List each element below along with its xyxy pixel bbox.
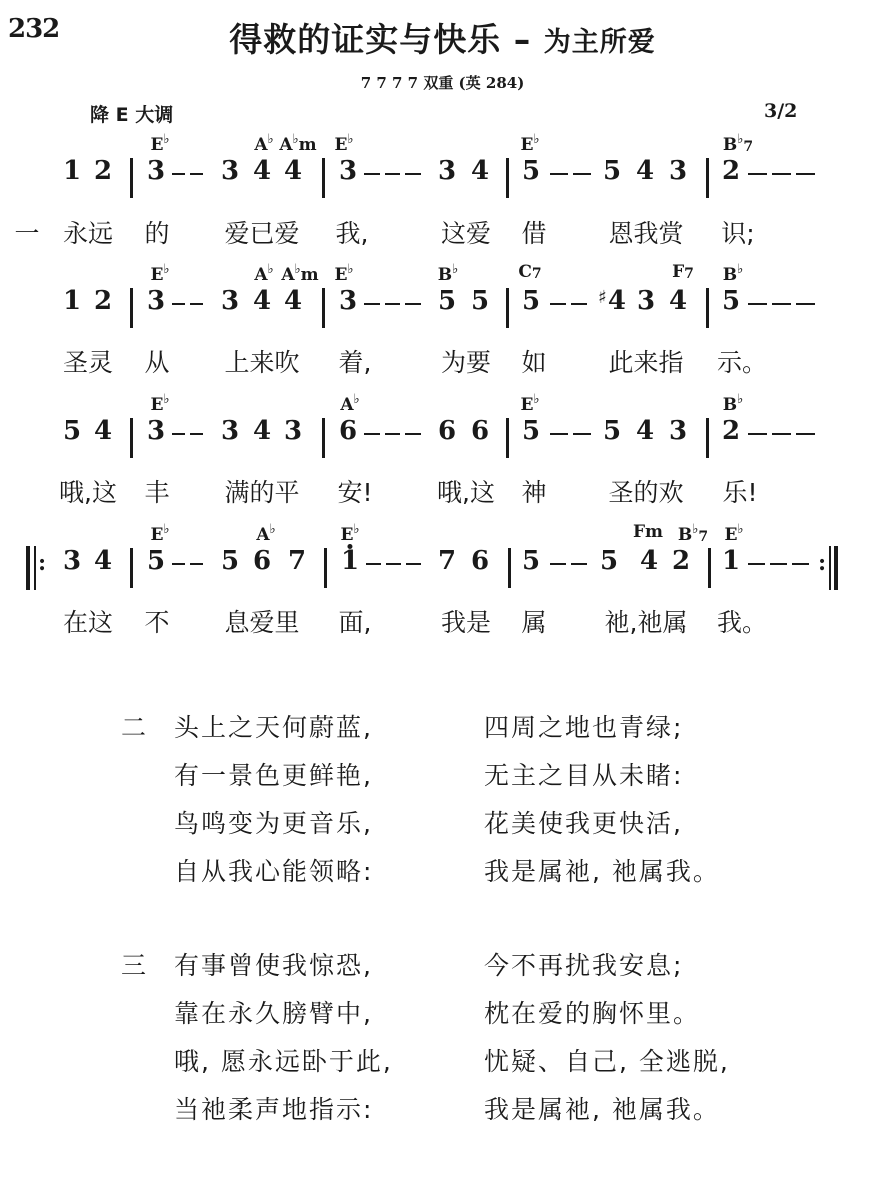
verse-line-left: 鸟鸣变为更音乐, xyxy=(174,804,373,840)
note-digit: 4 xyxy=(284,156,302,186)
verse-line-left: 哦, 愿永远卧于此, xyxy=(174,1042,393,1078)
chord-root: A xyxy=(340,395,353,415)
note: 5 xyxy=(522,416,540,446)
note-digit: 4 xyxy=(253,286,271,316)
note: 4 xyxy=(640,546,658,576)
hold-dash xyxy=(405,303,421,305)
note: 3 xyxy=(284,416,302,446)
note: 4 xyxy=(253,156,271,186)
note-digit: 5 xyxy=(522,546,540,576)
note: 3 xyxy=(339,156,357,186)
verse-line-left: 有一景色更鲜艳, xyxy=(174,756,373,792)
note-digit: 3 xyxy=(221,416,239,446)
hold-dash xyxy=(796,303,815,305)
chord-label: B♭ xyxy=(723,262,744,285)
chord-label: E♭ xyxy=(150,262,169,285)
note-digit: 5 xyxy=(522,286,540,316)
note: 3 xyxy=(147,286,165,316)
lyric-syllable: 上来吹 xyxy=(224,343,299,379)
bar-line xyxy=(506,288,509,328)
bar-line xyxy=(324,548,327,588)
chord-label: Fm xyxy=(633,522,663,542)
note-digit: 5 xyxy=(221,546,239,576)
note: 6 xyxy=(471,416,489,446)
verse-line-right: 我是属祂, 祂属我。 xyxy=(484,1090,720,1126)
note: 3 xyxy=(221,286,239,316)
hold-dash xyxy=(550,563,566,565)
note: 4 xyxy=(253,416,271,446)
note-digit: 5 xyxy=(522,416,540,446)
note-digit: 4 xyxy=(284,286,302,316)
chord-label: E♭ xyxy=(150,132,169,155)
chord-label: A♭m xyxy=(281,262,318,285)
hold-dash xyxy=(748,303,767,305)
note: 6 xyxy=(471,546,489,576)
meter-info: 7 7 7 7 双重 (英 284) xyxy=(0,72,885,93)
flat-icon: ♭ xyxy=(737,522,743,537)
note-digit: 3 xyxy=(669,156,687,186)
lyric-syllable: 的 xyxy=(144,214,169,250)
note: 3 xyxy=(438,156,456,186)
verse-line-left: 自从我心能领略: xyxy=(174,852,373,888)
note-digit: 6 xyxy=(471,416,489,446)
chord-root: E xyxy=(150,395,163,415)
hold-dash xyxy=(172,173,185,175)
hold-dash xyxy=(772,303,791,305)
note: 5 xyxy=(722,286,740,316)
note: 3 xyxy=(669,156,687,186)
note-digit: 3 xyxy=(63,546,81,576)
chord-root: E xyxy=(150,525,163,545)
lyric-syllable: 面, xyxy=(339,603,372,639)
chord-label: A♭ xyxy=(340,392,359,415)
bar-line xyxy=(130,288,133,328)
verse-line-right: 枕在爱的胸怀里。 xyxy=(484,994,700,1030)
chord-root: F xyxy=(672,262,684,282)
verse-line-left: 靠在永久膀臂中, xyxy=(174,994,373,1030)
note: 2 xyxy=(94,156,112,186)
note-digit: 6 xyxy=(438,416,456,446)
note-digit: 3 xyxy=(147,416,165,446)
note: 6 xyxy=(253,546,271,576)
chord-root: F xyxy=(633,522,645,542)
note-digit: 6 xyxy=(471,546,489,576)
lyric-syllable: 在这 xyxy=(63,603,113,639)
hold-dash xyxy=(571,563,587,565)
chord-root: E xyxy=(334,265,347,285)
chord-label: A♭ xyxy=(256,522,275,545)
note: 2 xyxy=(672,546,690,576)
verse-line-right: 忧疑、自己, 全逃脱, xyxy=(484,1042,730,1078)
note: 2 xyxy=(722,156,740,186)
note-digit: 5 xyxy=(603,416,621,446)
lyric-syllable: 识; xyxy=(721,214,754,250)
note-digit: 1 xyxy=(341,546,359,576)
note: 1 xyxy=(63,286,81,316)
chord-label: E♭ xyxy=(724,522,743,545)
note: 1 xyxy=(722,546,740,576)
note: 4 xyxy=(253,286,271,316)
note: 5 xyxy=(603,156,621,186)
note: 7 xyxy=(288,546,306,576)
note-digit: 6 xyxy=(253,546,271,576)
chord-root: A xyxy=(254,265,267,285)
note: 7 xyxy=(438,546,456,576)
bar-line xyxy=(506,158,509,198)
hold-dash xyxy=(172,433,185,435)
chord-root: E xyxy=(334,135,347,155)
verse-line-left: 头上之天何蔚蓝, xyxy=(174,708,373,744)
chord-extension: m xyxy=(299,135,317,155)
flat-icon: ♭ xyxy=(737,262,743,277)
lyric-syllable: 乐! xyxy=(722,473,757,509)
chord-root: E xyxy=(150,265,163,285)
verse-line-left: 当祂柔声地指示: xyxy=(174,1090,373,1126)
hold-dash xyxy=(406,563,421,565)
note-digit: 1 xyxy=(722,546,740,576)
flat-icon: ♭ xyxy=(268,132,274,147)
repeat-end-thick-bar xyxy=(834,546,838,590)
hold-dash xyxy=(796,173,815,175)
repeat-end-dots-icon: : xyxy=(818,550,826,576)
chord-label: B♭ xyxy=(723,392,744,415)
repeat-start-thin-bar xyxy=(34,546,36,590)
note: ♯4 xyxy=(598,286,626,316)
lyric-syllable: 哦,这 xyxy=(437,473,495,509)
note-digit: 5 xyxy=(471,286,489,316)
note-digit: 2 xyxy=(94,286,112,316)
verse-line-right: 花美使我更快活, xyxy=(484,804,683,840)
verse-number: 二 xyxy=(121,708,146,744)
note-digit: 4 xyxy=(253,416,271,446)
lyric-syllable: 我是 xyxy=(441,603,491,639)
note: 5 xyxy=(438,286,456,316)
chord-extension: 7 xyxy=(698,529,708,545)
verse-line-left: 有事曾使我惊恐, xyxy=(174,946,373,982)
bar-line xyxy=(322,418,325,458)
hold-dash xyxy=(796,433,815,435)
flat-icon: ♭ xyxy=(270,522,276,537)
flat-icon: ♭ xyxy=(347,132,353,147)
note-digit: 5 xyxy=(438,286,456,316)
key-signature: 降 E 大调 xyxy=(90,100,173,127)
hold-dash xyxy=(190,563,203,565)
hold-dash xyxy=(172,303,185,305)
note: 5 xyxy=(221,546,239,576)
hold-dash xyxy=(573,433,591,435)
repeat-end-thin-bar xyxy=(829,546,831,590)
chord-root: E xyxy=(150,135,163,155)
note-digit: 4 xyxy=(94,416,112,446)
chord-root: E xyxy=(520,135,533,155)
chord-label: E♭ xyxy=(334,132,353,155)
lyric-syllable: 祂,祂属 xyxy=(605,603,688,639)
note-digit: 7 xyxy=(288,546,306,576)
lyric-syllable: 满的平 xyxy=(224,473,299,509)
chord-root: A xyxy=(256,525,269,545)
hold-dash xyxy=(573,173,591,175)
hold-dash xyxy=(172,563,185,565)
chord-root: B xyxy=(723,265,737,285)
chord-root: B xyxy=(678,525,692,545)
note: 3 xyxy=(637,286,655,316)
note: 1 xyxy=(63,156,81,186)
note-digit: 3 xyxy=(339,286,357,316)
note-digit: 1 xyxy=(63,156,81,186)
note: 3 xyxy=(221,416,239,446)
note: 4 xyxy=(94,546,112,576)
flat-icon: ♭ xyxy=(353,522,359,537)
bar-line xyxy=(706,418,709,458)
note-digit: 3 xyxy=(147,286,165,316)
note-digit: 6 xyxy=(339,416,357,446)
chord-label: A♭ xyxy=(254,262,273,285)
lyric-syllable: 安! xyxy=(337,473,372,509)
hold-dash xyxy=(364,173,380,175)
hold-dash xyxy=(792,563,809,565)
note: 5 xyxy=(63,416,81,446)
bar-line xyxy=(322,158,325,198)
time-signature: 3/2 xyxy=(764,100,797,122)
note: 4 xyxy=(636,156,654,186)
chord-label: F7 xyxy=(672,262,694,282)
lyric-syllable: 哦,这 xyxy=(59,473,117,509)
lyric-syllable: 如 xyxy=(521,343,546,379)
lyric-syllable: 圣灵 xyxy=(63,343,113,379)
bar-line xyxy=(322,288,325,328)
chord-root: B xyxy=(438,265,452,285)
lyric-syllable: 着, xyxy=(339,343,372,379)
lyric-syllable: 示。 xyxy=(717,343,767,379)
chord-root: B xyxy=(723,135,737,155)
hymn-title: 得救的证实与快乐 – 为主所爱 xyxy=(0,14,885,61)
chord-label: E♭ xyxy=(520,392,539,415)
hold-dash xyxy=(770,563,787,565)
chord-extension: m xyxy=(645,522,663,542)
note: 4 xyxy=(669,286,687,316)
hold-dash xyxy=(364,433,380,435)
flat-icon: ♭ xyxy=(533,132,539,147)
lyric-syllable: 我, xyxy=(336,214,369,250)
flat-icon: ♭ xyxy=(268,262,274,277)
chord-root: B xyxy=(723,395,737,415)
note: 3 xyxy=(147,156,165,186)
note-digit: 3 xyxy=(438,156,456,186)
flat-icon: ♭ xyxy=(737,392,743,407)
chord-root: C xyxy=(518,262,532,282)
note: 5 xyxy=(522,546,540,576)
lyric-syllable: 属 xyxy=(521,603,546,639)
note: 5 xyxy=(600,546,618,576)
note-digit: 4 xyxy=(471,156,489,186)
note-digit: 4 xyxy=(640,546,658,576)
note: 5 xyxy=(471,286,489,316)
hold-dash xyxy=(190,433,203,435)
lyric-syllable: 从 xyxy=(144,343,169,379)
lyric-syllable: 圣的欢 xyxy=(608,473,683,509)
verse-line-right: 我是属祂, 祂属我。 xyxy=(484,852,720,888)
note-digit: 5 xyxy=(63,416,81,446)
lyric-syllable: 息爱里 xyxy=(224,603,299,639)
hold-dash xyxy=(748,173,767,175)
note-digit: 4 xyxy=(669,286,687,316)
note-digit: 5 xyxy=(147,546,165,576)
bar-line xyxy=(130,158,133,198)
note-digit: 3 xyxy=(221,156,239,186)
bar-line xyxy=(708,548,711,588)
note-digit: 1 xyxy=(63,286,81,316)
note-digit: 3 xyxy=(221,286,239,316)
note-digit: 3 xyxy=(147,156,165,186)
note-digit: 3 xyxy=(339,156,357,186)
verse-line-right: 今不再扰我安息; xyxy=(484,946,683,982)
hold-dash xyxy=(772,433,791,435)
hold-dash xyxy=(385,173,401,175)
note: 4 xyxy=(636,416,654,446)
note: 6 xyxy=(438,416,456,446)
lyric-syllable: 恩我赏 xyxy=(608,214,683,250)
note-digit: 5 xyxy=(722,286,740,316)
chord-root: A xyxy=(281,265,294,285)
hold-dash xyxy=(550,303,566,305)
note-digit: 4 xyxy=(253,156,271,186)
note: 4 xyxy=(284,156,302,186)
bar-line xyxy=(508,548,511,588)
note: 3 xyxy=(147,416,165,446)
lyric-syllable: 丰 xyxy=(144,473,169,509)
bar-line xyxy=(706,288,709,328)
chord-extension: 7 xyxy=(684,266,694,282)
chord-label: B♭ xyxy=(438,262,459,285)
hold-dash xyxy=(550,173,568,175)
hold-dash xyxy=(772,173,791,175)
note-digit: 3 xyxy=(284,416,302,446)
note-digit: 4 xyxy=(94,546,112,576)
hold-dash xyxy=(190,173,203,175)
note: 3 xyxy=(221,156,239,186)
verse-line-right: 四周之地也青绿; xyxy=(484,708,683,744)
note: 2 xyxy=(722,416,740,446)
hold-dash xyxy=(385,433,401,435)
note-digit: 4 xyxy=(636,416,654,446)
note: 4 xyxy=(284,286,302,316)
note: 5 xyxy=(522,156,540,186)
note: 1 xyxy=(341,546,359,576)
note: 3 xyxy=(63,546,81,576)
chord-label: A♭m xyxy=(279,132,316,155)
lyric-syllable: 此来指 xyxy=(608,343,683,379)
chord-label: A♭ xyxy=(254,132,273,155)
bar-line xyxy=(706,158,709,198)
note-digit: 4 xyxy=(608,286,626,316)
repeat-start-thick-bar xyxy=(26,546,30,590)
note-digit: 7 xyxy=(438,546,456,576)
note-digit: 2 xyxy=(672,546,690,576)
note-digit: 2 xyxy=(722,156,740,186)
hold-dash xyxy=(386,563,401,565)
chord-root: A xyxy=(254,135,267,155)
lyric-syllable: 不 xyxy=(144,603,169,639)
chord-label: E♭ xyxy=(150,392,169,415)
bar-line xyxy=(130,548,133,588)
note-digit: 3 xyxy=(637,286,655,316)
note-digit: 2 xyxy=(722,416,740,446)
flat-icon: ♭ xyxy=(533,392,539,407)
hold-dash xyxy=(550,433,568,435)
flat-icon: ♭ xyxy=(163,522,169,537)
note: 5 xyxy=(603,416,621,446)
note-digit: 5 xyxy=(600,546,618,576)
lyric-syllable: 为要 xyxy=(441,343,491,379)
chord-label: E♭ xyxy=(340,522,359,545)
hold-dash xyxy=(571,303,587,305)
lyric-syllable: 借 xyxy=(521,214,546,250)
flat-icon: ♭ xyxy=(347,262,353,277)
flat-icon: ♭ xyxy=(452,262,458,277)
verse-line-right: 无主之目从未睹: xyxy=(484,756,683,792)
chord-label: B♭7 xyxy=(678,522,708,545)
title-separator: – xyxy=(501,20,543,59)
title-main: 得救的证实与快乐 xyxy=(229,20,501,59)
flat-icon: ♭ xyxy=(163,262,169,277)
note-digit: 2 xyxy=(94,156,112,186)
chord-label: E♭ xyxy=(520,132,539,155)
note-digit: 4 xyxy=(636,156,654,186)
note-digit: 3 xyxy=(669,416,687,446)
chord-extension: m xyxy=(301,265,319,285)
lyric-syllable: 我。 xyxy=(717,603,767,639)
note: 3 xyxy=(339,286,357,316)
note: 3 xyxy=(669,416,687,446)
chord-root: E xyxy=(520,395,533,415)
sharp-icon: ♯ xyxy=(598,287,607,308)
lyric-syllable: 一 xyxy=(14,214,39,250)
flat-icon: ♭ xyxy=(163,392,169,407)
note: 2 xyxy=(94,286,112,316)
hold-dash xyxy=(190,303,203,305)
lyric-syllable: 永远 xyxy=(63,214,113,250)
chord-label: B♭7 xyxy=(723,132,753,155)
verse-number: 三 xyxy=(121,946,146,982)
lyric-syllable: 神 xyxy=(521,473,546,509)
chord-extension: 7 xyxy=(532,266,542,282)
note: 6 xyxy=(339,416,357,446)
lyric-syllable: 这爱 xyxy=(441,214,491,250)
note-digit: 5 xyxy=(522,156,540,186)
bar-line xyxy=(130,418,133,458)
title-subtitle: 为主所爱 xyxy=(544,27,656,58)
chord-root: A xyxy=(279,135,292,155)
bar-line xyxy=(506,418,509,458)
chord-extension: 7 xyxy=(743,139,753,155)
hold-dash xyxy=(748,433,767,435)
chord-label: E♭ xyxy=(150,522,169,545)
note: 4 xyxy=(94,416,112,446)
note-digit: 5 xyxy=(603,156,621,186)
chord-root: E xyxy=(340,525,353,545)
note: 4 xyxy=(471,156,489,186)
note: 5 xyxy=(522,286,540,316)
note: 5 xyxy=(147,546,165,576)
chord-label: E♭ xyxy=(334,262,353,285)
hold-dash xyxy=(405,173,421,175)
chord-root: E xyxy=(724,525,737,545)
hold-dash xyxy=(748,563,765,565)
flat-icon: ♭ xyxy=(354,392,360,407)
hold-dash xyxy=(405,433,421,435)
flat-icon: ♭ xyxy=(163,132,169,147)
hold-dash xyxy=(364,303,380,305)
